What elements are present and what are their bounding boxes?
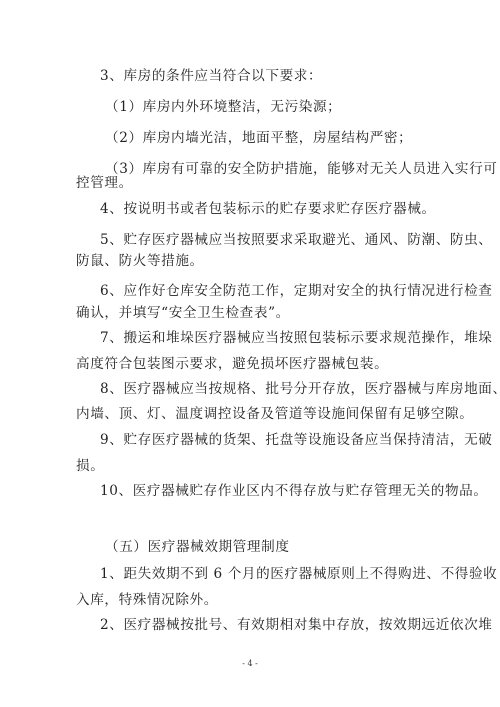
paragraph-line: 控管理。 xyxy=(76,175,426,191)
paragraph-line: 4、按说明书或者包装标示的贮存要求贮存医疗器械。 xyxy=(100,201,450,217)
section-heading: （五）医疗器械效期管理制度 xyxy=(105,539,455,555)
paragraph-line: 2、医疗器械按批号、有效期相对集中存放，按效期远近依次堆 xyxy=(100,617,450,633)
paragraph-line: 入库，特殊情况除外。 xyxy=(76,592,426,608)
paragraph-line: 1、距失效期不到 6 个月的医疗器械原则上不得购进、不得验收 xyxy=(100,566,450,582)
paragraph-line: 3、库房的条件应当符合以下要求： xyxy=(100,68,450,84)
document-page: 3、库房的条件应当符合以下要求： （1）库房内外环境整洁，无污染源； （2）库房… xyxy=(0,0,500,707)
paragraph-line: 9、贮存医疗器械的货架、托盘等设施设备应当保持清洁，无破 xyxy=(100,432,450,448)
paragraph-line: 10、医疗器械贮存作业区内不得存放与贮存管理无关的物品。 xyxy=(100,483,450,499)
paragraph-line: 确认，并填写“安全卫生检查表”。 xyxy=(76,305,426,321)
paragraph-line: 7、搬运和堆垛医疗器械应当按照包装标示要求规范操作，堆垛 xyxy=(100,330,450,346)
paragraph-line: 5、贮存医疗器械应当按照要求采取避光、通风、防潮、防虫、 xyxy=(100,232,450,248)
paragraph-line: 防鼠、防火等措施。 xyxy=(76,253,426,269)
page-number: - 4 - xyxy=(0,659,500,668)
paragraph-line: （1）库房内外环境整洁，无污染源； xyxy=(105,99,455,115)
paragraph-line: 损。 xyxy=(76,458,426,474)
paragraph-line: 6、应作好仓库安全防范工作，定期对安全的执行情况进行检查 xyxy=(100,283,450,299)
paragraph-line: 高度符合包装图示要求，避免损坏医疗器械包装。 xyxy=(76,356,426,372)
paragraph-line: 内墙、顶、灯、温度调控设备及管道等设施间保留有足够空隙。 xyxy=(76,406,426,422)
paragraph-line: （2）库房内墙光洁，地面平整，房屋结构严密； xyxy=(105,130,455,146)
paragraph-line: 8、医疗器械应当按规格、批号分开存放，医疗器械与库房地面、 xyxy=(100,381,450,397)
